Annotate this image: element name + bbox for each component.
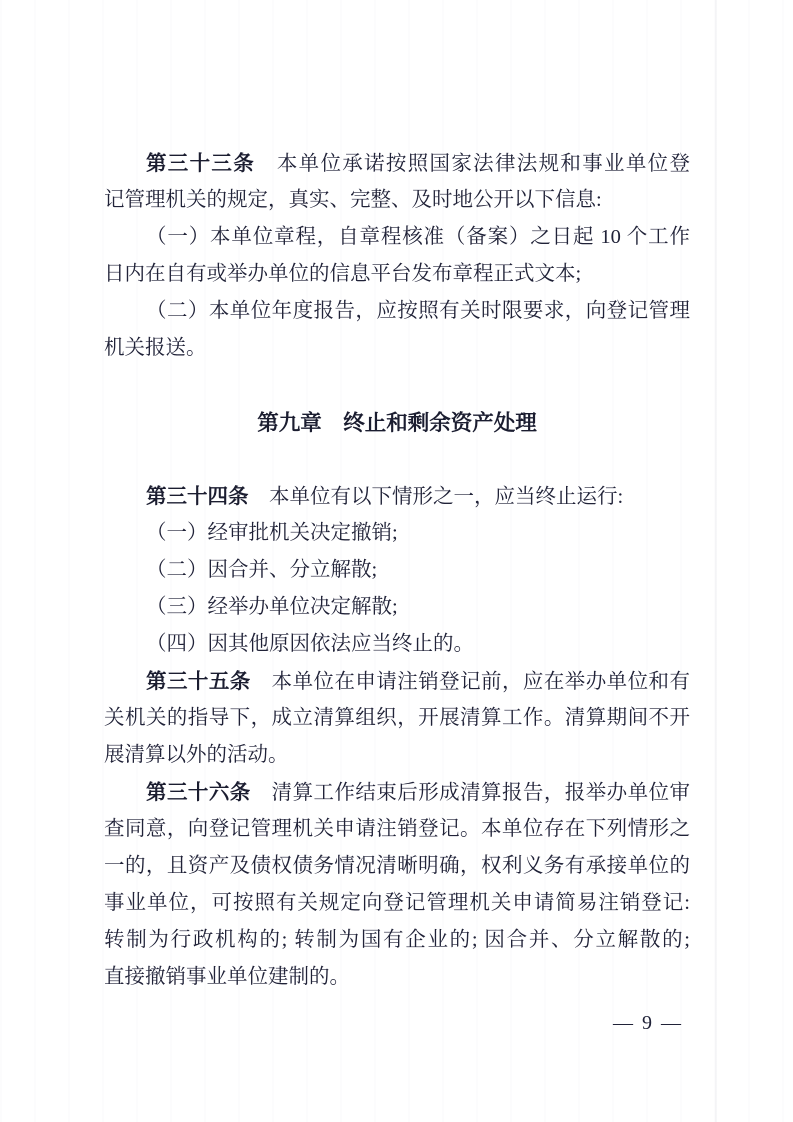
document-page: 第三十三条 本单位承诺按照国家法律法规和事业单位登 记管理机关的规定，真实、完整… — [0, 0, 793, 1122]
line-text: 本单位有以下情形之一，应当终止运行: — [249, 486, 624, 508]
paragraph-line: 关机关的指导下，成立清算组织，开展清算工作。清算期间不开 — [104, 700, 690, 737]
article-number-33: 第三十三条 — [146, 152, 255, 175]
paragraph-line: 日内在自有或举办单位的信息平台发布章程正式文本; — [104, 256, 690, 293]
chapter-heading: 第九章 终止和剩余资产处理 — [104, 405, 690, 442]
list-item-line: （三）经举办单位决定解散; — [104, 589, 690, 626]
paragraph-line: 查同意，向登记管理机关申请注销登记。本单位存在下列情形之 — [104, 811, 690, 848]
paragraph-line: 记管理机关的规定，真实、完整、及时地公开以下信息: — [104, 182, 690, 219]
paragraph-line: 直接撤销事业单位建制的。 — [104, 959, 690, 996]
paragraph-line: 一的，且资产及债权债务情况清晰明确，权利义务有承接单位的 — [104, 848, 690, 885]
line-text: 直接撤销事业单位建制的。 — [104, 966, 350, 988]
paragraph-line: 第三十四条 本单位有以下情形之一，应当终止运行: — [104, 478, 690, 515]
line-text: 关机关的指导下，成立清算组织，开展清算工作。清算期间不开 — [104, 707, 690, 729]
article-number-35: 第三十五条 — [146, 670, 251, 693]
paragraph-line: 机关报送。 — [104, 330, 690, 367]
line-text: （二）因合并、分立解散; — [146, 559, 377, 581]
paragraph-line: 展清算以外的活动。 — [104, 737, 690, 774]
line-text: 本单位承诺按照国家法律法规和事业单位登 — [255, 153, 690, 175]
page-number: — 9 — — [104, 1005, 690, 1042]
list-item-line: （一）经审批机关决定撤销; — [104, 515, 690, 552]
paragraph-line: 第三十五条 本单位在申请注销登记前，应在举办单位和有 — [104, 663, 690, 700]
line-text: （一）经审批机关决定撤销; — [146, 522, 398, 544]
paragraph-line: 第三十三条 本单位承诺按照国家法律法规和事业单位登 — [104, 145, 690, 182]
paragraph-line: （一）本单位章程，自章程核准（备案）之日起 10 个工作 — [104, 219, 690, 256]
article-number-34: 第三十四条 — [146, 485, 249, 508]
document-body: 第三十三条 本单位承诺按照国家法律法规和事业单位登 记管理机关的规定，真实、完整… — [104, 145, 690, 1042]
line-text: 日内在自有或举办单位的信息平台发布章程正式文本; — [104, 263, 581, 285]
line-text: 转制为行政机构的; 转制为国有企业的; 因合并、分立解散的; — [104, 929, 690, 951]
line-text: （一）本单位章程，自章程核准（备案）之日起 10 个工作 — [146, 226, 690, 248]
line-text: （二）本单位年度报告，应按照有关时限要求，向登记管理 — [146, 300, 690, 322]
list-item-line: （二）因合并、分立解散; — [104, 552, 690, 589]
paragraph-line: 事业单位，可按照有关规定向登记管理机关申请简易注销登记: — [104, 885, 690, 922]
paragraph-line: （二）本单位年度报告，应按照有关时限要求，向登记管理 — [104, 293, 690, 330]
line-text: 本单位在申请注销登记前，应在举办单位和有 — [251, 671, 690, 693]
line-text: 展清算以外的活动。 — [104, 744, 289, 766]
line-text: 一的，且资产及债权债务情况清晰明确，权利义务有承接单位的 — [104, 855, 690, 877]
line-text: 清算工作结束后形成清算报告，报举办单位审 — [251, 782, 690, 804]
list-item-line: （四）因其他原因依法应当终止的。 — [104, 626, 690, 663]
line-text: 事业单位，可按照有关规定向登记管理机关申请简易注销登记: — [104, 892, 690, 914]
paragraph-line: 转制为行政机构的; 转制为国有企业的; 因合并、分立解散的; — [104, 922, 690, 959]
line-text: 机关报送。 — [104, 337, 207, 359]
line-text: （四）因其他原因依法应当终止的。 — [146, 633, 474, 655]
line-text: 查同意，向登记管理机关申请注销登记。本单位存在下列情形之 — [104, 818, 690, 840]
paragraph-line: 第三十六条 清算工作结束后形成清算报告，报举办单位审 — [104, 774, 690, 811]
line-text: 记管理机关的规定，真实、完整、及时地公开以下信息: — [104, 189, 602, 211]
article-number-36: 第三十六条 — [146, 781, 251, 804]
line-text: （三）经举办单位决定解散; — [146, 596, 398, 618]
